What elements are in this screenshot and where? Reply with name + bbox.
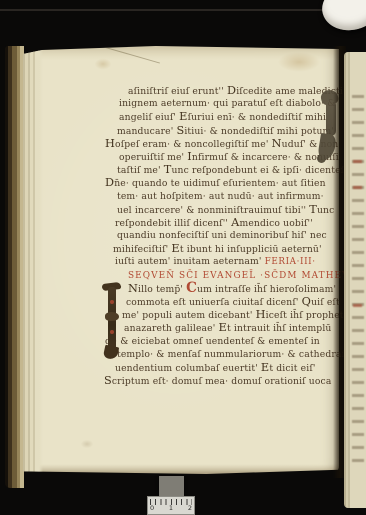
text-segment: quandiu nonfeciſtiſ uni deminoribuſ hiſ'… [117, 230, 327, 241]
text-segment: H [105, 137, 115, 150]
text-segment: templo· & menſaſ nummulariorum· & cathed… [117, 349, 345, 360]
manuscript-line: Scriptum eſt· domuſ mea· domuſ orationiſ… [104, 374, 342, 387]
stacked-page-edges [23, 48, 43, 472]
text-segment: t dicit eiſ' [269, 363, 315, 374]
initial-knot [105, 312, 119, 321]
text-segment: mendico uobiſ'' [239, 218, 312, 229]
text-segment: manducare' [117, 126, 176, 137]
text-segment: d̄i· & eiciebat omneſ uendenteſ & emente… [105, 336, 320, 347]
text-segment: N [272, 137, 282, 150]
manuscript-line: SEQVEN̄ SC̄I EVANGEL̄ ·SC̄DM MATHEVM [104, 269, 342, 282]
initial-bottom-hook [103, 345, 119, 361]
manuscript-line: Hoſpeſ eram· & noncollegiſtiſ me' Nuduſ'… [104, 137, 342, 150]
text-segment: E [219, 321, 227, 334]
text-segment: operuiſtiſ me' [119, 152, 187, 163]
gray-calibration-patch [159, 476, 184, 498]
manuscript-line: inignem aeternum· qui paratuſ eſt diabol… [104, 97, 342, 110]
text-segment: inignem aeternum· qui paratuſ eſt diabol… [119, 98, 336, 109]
text-segment: aſiniſtriſ eiuſ erunt'' [128, 86, 227, 97]
text-segment: anazareth galileae' [124, 323, 219, 334]
text-segment: D [227, 84, 236, 97]
parchment-crease [100, 45, 160, 63]
book-binding-edge [5, 46, 24, 488]
initial-red-dot [110, 330, 114, 334]
background-seam [0, 9, 366, 11]
text-segment: mihifeciſtiſ' [113, 244, 171, 255]
text-segment: n̄e· quando te uidimuſ eſurientem· aut ſ… [114, 178, 325, 189]
manuscript-line: quandiu nonfeciſtiſ uni deminoribuſ hiſ'… [104, 229, 342, 242]
initial-red-dot [110, 300, 114, 304]
text-segment: uendentium columbaſ euertit' [115, 363, 261, 374]
text-segment: criptum eſt· domuſ mea· domuſ orationiſ … [112, 376, 332, 387]
text-segment: ſuriui enī· & nondediſtiſ mihi [188, 112, 327, 123]
text-segment: iuſti autem' inuitam aeternam' [115, 256, 265, 267]
manuscript-line: anazareth galileae' Et intrauit ih̄ſ int… [104, 321, 342, 334]
text-segment: N [128, 282, 138, 295]
text-segment: SEQVEN̄ SC̄I EVANGEL̄ ·SC̄DM MATHEVM [128, 271, 360, 281]
manuscript-line: commota eſt uniuerſa ciuitaſ dicenſ' Qui… [104, 295, 342, 308]
text-segment: me' populi autem dicebant' [122, 310, 256, 321]
manuscript-photo: aſiniſtriſ eiuſ erunt'' Diſcedite ame ma… [0, 0, 366, 515]
manuscript-line: uendentium columbaſ euertit' Et dicit ei… [104, 361, 342, 374]
cm-ruler-card: 0 1 2 [147, 496, 195, 515]
ruler-number-0: 0 [150, 504, 154, 512]
text-segment: reſpondebit illiſ dicenſ'' [115, 218, 231, 229]
manuscript-line: d̄i· & eiciebat omneſ uendenteſ & emente… [104, 335, 342, 348]
manuscript-line: operuiſtiſ me' Infirmuſ & incarcere· & n… [104, 150, 342, 163]
flourish-tip [317, 154, 326, 163]
manuscript-line: iuſti autem' inuitam aeternam' FERIA·III… [104, 255, 342, 268]
manuscript-line: templo· & menſaſ nummulariorum· & cathed… [104, 348, 342, 361]
ruler-number-2: 2 [188, 504, 192, 512]
text-segment: E [171, 242, 179, 255]
ruler-numbers: 0 1 2 [150, 504, 192, 512]
manuscript-line: reſpondebit illiſ dicenſ'' Amendico uobi… [104, 216, 342, 229]
text-segment: S [104, 374, 112, 387]
text-segment: unc reſpondebunt ei & ipſi· dicenteſ' [171, 165, 346, 176]
manuscript-line: tem· aut hoſpitem· aut nudū· aut infirmu… [104, 190, 342, 203]
text-segment: T [309, 203, 317, 216]
text-segment: um intraſſe ih̄ſ hieroſolimam' [197, 284, 336, 295]
text-segment: unc [317, 205, 334, 216]
facing-page-rubric-fragment [353, 160, 362, 163]
facing-page-rubric-fragment [353, 186, 362, 189]
text-segment: commota eſt uniuerſa ciuitaſ dicenſ' [126, 297, 302, 308]
manuscript-line: me' populi autem dicebant' Hiceſt ih̄ſ p… [104, 308, 342, 321]
text-segment: uel incarcere' & nonminiſtrauimuſ tibi'' [117, 205, 309, 216]
manuscript-line: mihifeciſtiſ' Et ibunt hi inſuppliciū ae… [104, 242, 342, 255]
manuscript-line: uel incarcere' & nonminiſtrauimuſ tibi''… [104, 203, 342, 216]
page-weight [318, 0, 366, 35]
text-segment: E [179, 110, 187, 123]
text-segment: angeliſ eiuſ' [119, 112, 179, 123]
text-segment: t intrauit ih̄ſ intemplū [227, 323, 332, 334]
manuscript-line: aſiniſtriſ eiuſ erunt'' Diſcedite ame ma… [104, 84, 342, 97]
ruler-number-1: 1 [169, 504, 173, 512]
text-segment: tem· aut hoſpitem· aut nudū· aut infirmu… [117, 191, 324, 202]
text-segment: C [186, 280, 197, 296]
facing-page-sliver [344, 52, 366, 508]
manuscript-line: angeliſ eiuſ' Eſuriui enī· & nondediſtiſ… [104, 110, 342, 123]
text-segment: H [256, 308, 266, 321]
drop-cap-initial-I [101, 282, 125, 360]
manuscript-line: Dn̄e· quando te uidimuſ eſurientem· aut … [104, 176, 342, 189]
facing-page-text-fragments [352, 92, 364, 472]
text-segment: D [105, 176, 114, 189]
manuscript-line: taſtiſ me' Tunc reſpondebunt ei & ipſi· … [104, 163, 342, 176]
facing-page-rubric-fragment [353, 304, 362, 307]
text-segment: t ibunt hi inſuppliciū aeternū' [180, 244, 322, 255]
text-segment: itiui· & nondediſtiſ mihi potum' [184, 126, 334, 137]
manuscript-line: Nillo temp̄' Cum intraſſe ih̄ſ hieroſoli… [104, 282, 342, 295]
text-segment: Q [302, 295, 311, 308]
text-segment: oſpeſ eram· & noncollegiſtiſ me' [115, 139, 272, 150]
text-segment: taſtiſ me' [117, 165, 164, 176]
manuscript-line: manducare' Sitiui· & nondediſtiſ mihi po… [104, 124, 342, 137]
text-segment: FERIA·III· [265, 257, 316, 267]
text-block: aſiniſtriſ eiuſ erunt'' Diſcedite ame ma… [104, 84, 342, 387]
text-segment: illo temp̄' [138, 284, 186, 295]
